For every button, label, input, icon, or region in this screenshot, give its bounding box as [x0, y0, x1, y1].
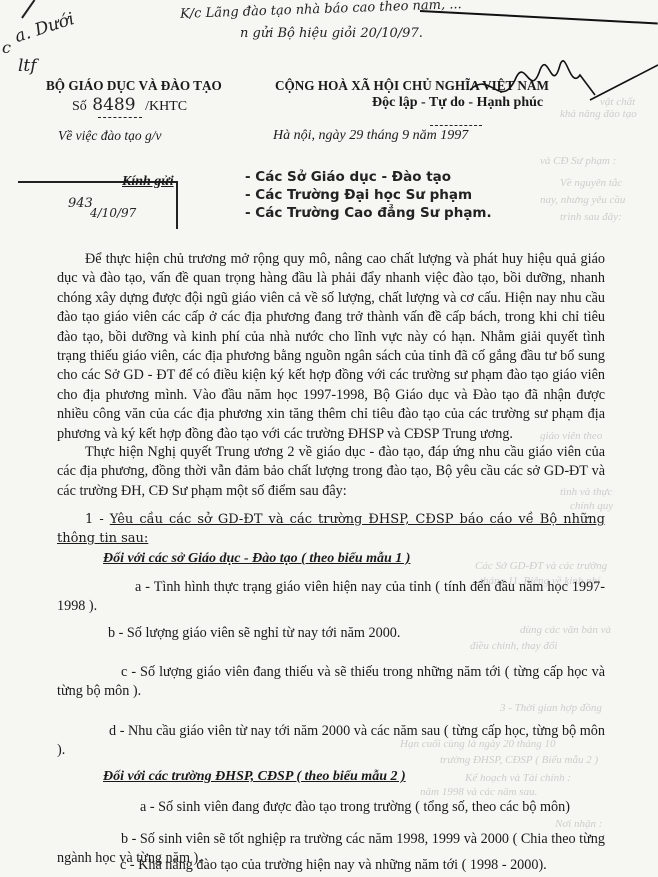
bleedthrough-text: dùng các văn bản và — [520, 624, 611, 636]
handwritten-left-c: c — [2, 38, 11, 57]
bleedthrough-text: Hạn cuối cùng là ngày 20 tháng 10 — [400, 738, 556, 750]
handwritten-strike-line — [420, 10, 658, 24]
group-2-item-c: c - Khả năng đào tạo của trường hiện nay… — [120, 856, 547, 876]
bleedthrough-text: trường ĐHSP, CĐSP ( Biểu mẫu 2 ) — [440, 754, 598, 766]
ministry-name: BỘ GIÁO DỤC VÀ ĐÀO TẠO — [46, 78, 222, 94]
addressee-item: - Các Sở Giáo dục - Đào tạo — [245, 168, 492, 186]
addressee-list: - Các Sở Giáo dục - Đào tạo - Các Trường… — [245, 168, 492, 222]
paragraph-text: Thực hiện Nghị quyết Trung ương 2 về giá… — [57, 443, 605, 501]
paragraph-text: Để thực hiện chủ trương mở rộng quy mô, … — [57, 250, 605, 444]
bleedthrough-text: năm 1998 và các năm sau. — [420, 786, 537, 798]
group-1-item-c: c - Số lượng giáo viên đang thiếu và sẽ … — [57, 663, 605, 702]
bleedthrough-text: tháng 11. Riêng về kinh phí — [480, 575, 600, 587]
group-1-item-b: b - Số lượng giáo viên sẽ nghỉ từ nay tớ… — [108, 624, 400, 644]
addressee-item: - Các Trường Cao đẳng Sư phạm. — [245, 204, 492, 222]
section-title: Yêu cầu các sở GD-ĐT và các trường ĐHSP,… — [57, 512, 605, 546]
stamp-date: 4/10/97 — [90, 206, 136, 220]
bleedthrough-text: và CĐ Sư phạm : — [540, 155, 616, 167]
bleedthrough-text: Các Sở GD-ĐT và các trường — [475, 560, 607, 572]
bleedthrough-text: khả năng đào tạo — [560, 108, 637, 120]
intro-paragraph: Để thực hiện chủ trương mở rộng quy mô, … — [57, 250, 605, 444]
group-1-title: Đối với các sở Giáo dục - Đào tạo ( theo… — [103, 551, 410, 567]
resolution-paragraph: Thực hiện Nghị quyết Trung ương 2 về giá… — [57, 443, 605, 501]
section-1-heading: 1 - Yêu cầu các sở GD-ĐT và các trường Đ… — [57, 510, 605, 549]
bleedthrough-text: trình sau đây: — [560, 211, 622, 223]
handwritten-left-mark: ltf — [18, 56, 37, 76]
bleedthrough-text: Về nguyên tắc — [560, 177, 622, 189]
doc-number: 8489 — [92, 95, 135, 115]
doc-subject: Về việc đào tạo g/v — [58, 128, 161, 144]
motto: Độc lập - Tự do - Hạnh phúc — [372, 95, 543, 111]
handwritten-top-note-2: n gửi Bộ hiệu giỏi 20/10/97. — [240, 26, 423, 41]
addressee-label: Kính gửi — [122, 174, 174, 190]
doc-number-line: Số 8489 /KHTC — [72, 95, 187, 115]
document-page: a. Dưới c ltf K/c Lãng đào tạo nhà báo c… — [0, 0, 658, 877]
bleedthrough-text: Kế hoạch và Tài chính : — [465, 772, 571, 784]
doc-number-prefix: Số — [72, 99, 87, 114]
section-1: 1 - Yêu cầu các sở GD-ĐT và các trường Đ… — [57, 510, 605, 549]
section-number: 1 - — [85, 512, 104, 527]
place-date: Hà nội, ngày 29 tháng 9 năm 1997 — [273, 128, 468, 144]
bleedthrough-text: tình và thực — [560, 486, 612, 498]
list-item: c - Số lượng giáo viên đang thiếu và sẽ … — [57, 663, 605, 702]
bleedthrough-text: giáo viên theo — [540, 430, 602, 442]
group-2-item-a: a - Số sinh viên đang được đào tạo trong… — [140, 798, 570, 818]
doc-code: /KHTC — [145, 99, 187, 114]
addressee-item: - Các Trường Đại học Sư phạm — [245, 186, 492, 204]
header-divider-left — [98, 117, 142, 118]
bleedthrough-text: 3 - Thời gian hợp đồng — [500, 702, 602, 714]
bleedthrough-text: vật chất — [600, 96, 635, 108]
bleedthrough-text: Nơi nhận : — [555, 818, 602, 830]
group-2-title: Đối với các trường ĐHSP, CĐSP ( theo biể… — [103, 769, 406, 785]
bleedthrough-text: chính quy — [570, 500, 613, 512]
bleedthrough-text: nay, nhưng yêu cầu — [540, 194, 625, 206]
bleedthrough-text: điều chỉnh, thay đổi — [470, 640, 557, 652]
republic-title: CỘNG HOÀ XÃ HỘI CHỦ NGHĨA VIỆT NAM — [275, 78, 549, 94]
header-divider-right — [430, 125, 482, 126]
